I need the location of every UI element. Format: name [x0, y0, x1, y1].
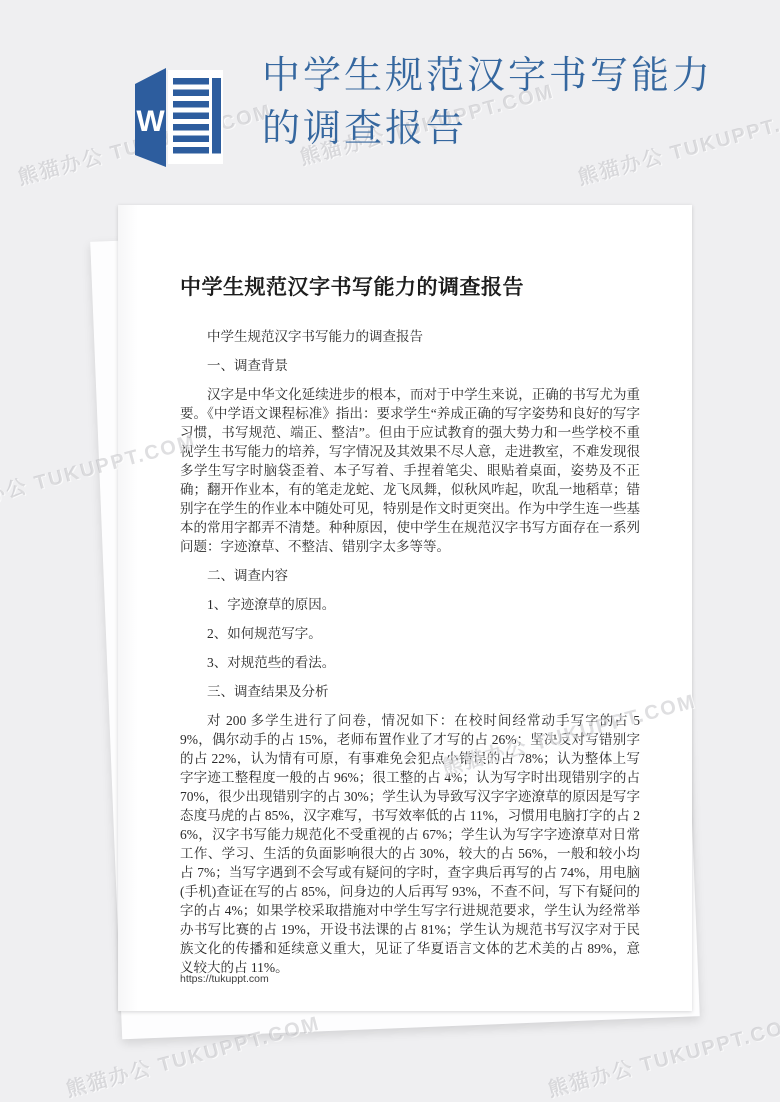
list-item-2: 2、如何规范写字。	[180, 624, 640, 643]
heading-survey-background: 一、调查背景	[180, 356, 640, 375]
heading-survey-content: 二、调查内容	[180, 566, 640, 585]
preview-canvas: W 中学生规范汉字书写能力的调查报告 中学生规范汉字书写能力的调查报告 中学生规…	[0, 0, 780, 1102]
header: W 中学生规范汉字书写能力的调查报告	[0, 0, 780, 205]
document-footer-link: https://tukuppt.com	[180, 973, 269, 985]
document-page: 中学生规范汉字书写能力的调查报告 中学生规范汉字书写能力的调查报告 一、调查背景…	[118, 205, 692, 1011]
document-title: 中学生规范汉字书写能力的调查报告	[180, 271, 640, 301]
word-icon-letter: W	[136, 105, 165, 138]
page-title: 中学生规范汉字书写能力的调查报告	[262, 50, 720, 156]
list-item-3: 3、对规范些的看法。	[180, 653, 640, 672]
word-file-icon: W	[135, 66, 223, 169]
doc-subtitle: 中学生规范汉字书写能力的调查报告	[180, 327, 640, 346]
heading-survey-results: 三、调查结果及分析	[180, 682, 640, 701]
watermark: 熊猫办公 TUKUPPT.COM	[544, 1007, 780, 1102]
list-item-1: 1、字迹潦草的原因。	[180, 595, 640, 614]
paragraph-results: 对 200 多学生进行了问卷，情况如下：在校时间经常动手写字的占 59%，偶尔动…	[180, 711, 640, 977]
paragraph-background: 汉字是中华文化延续进步的根本，而对于中学生来说，正确的书写尤为重要。《中学语文课…	[180, 385, 640, 556]
